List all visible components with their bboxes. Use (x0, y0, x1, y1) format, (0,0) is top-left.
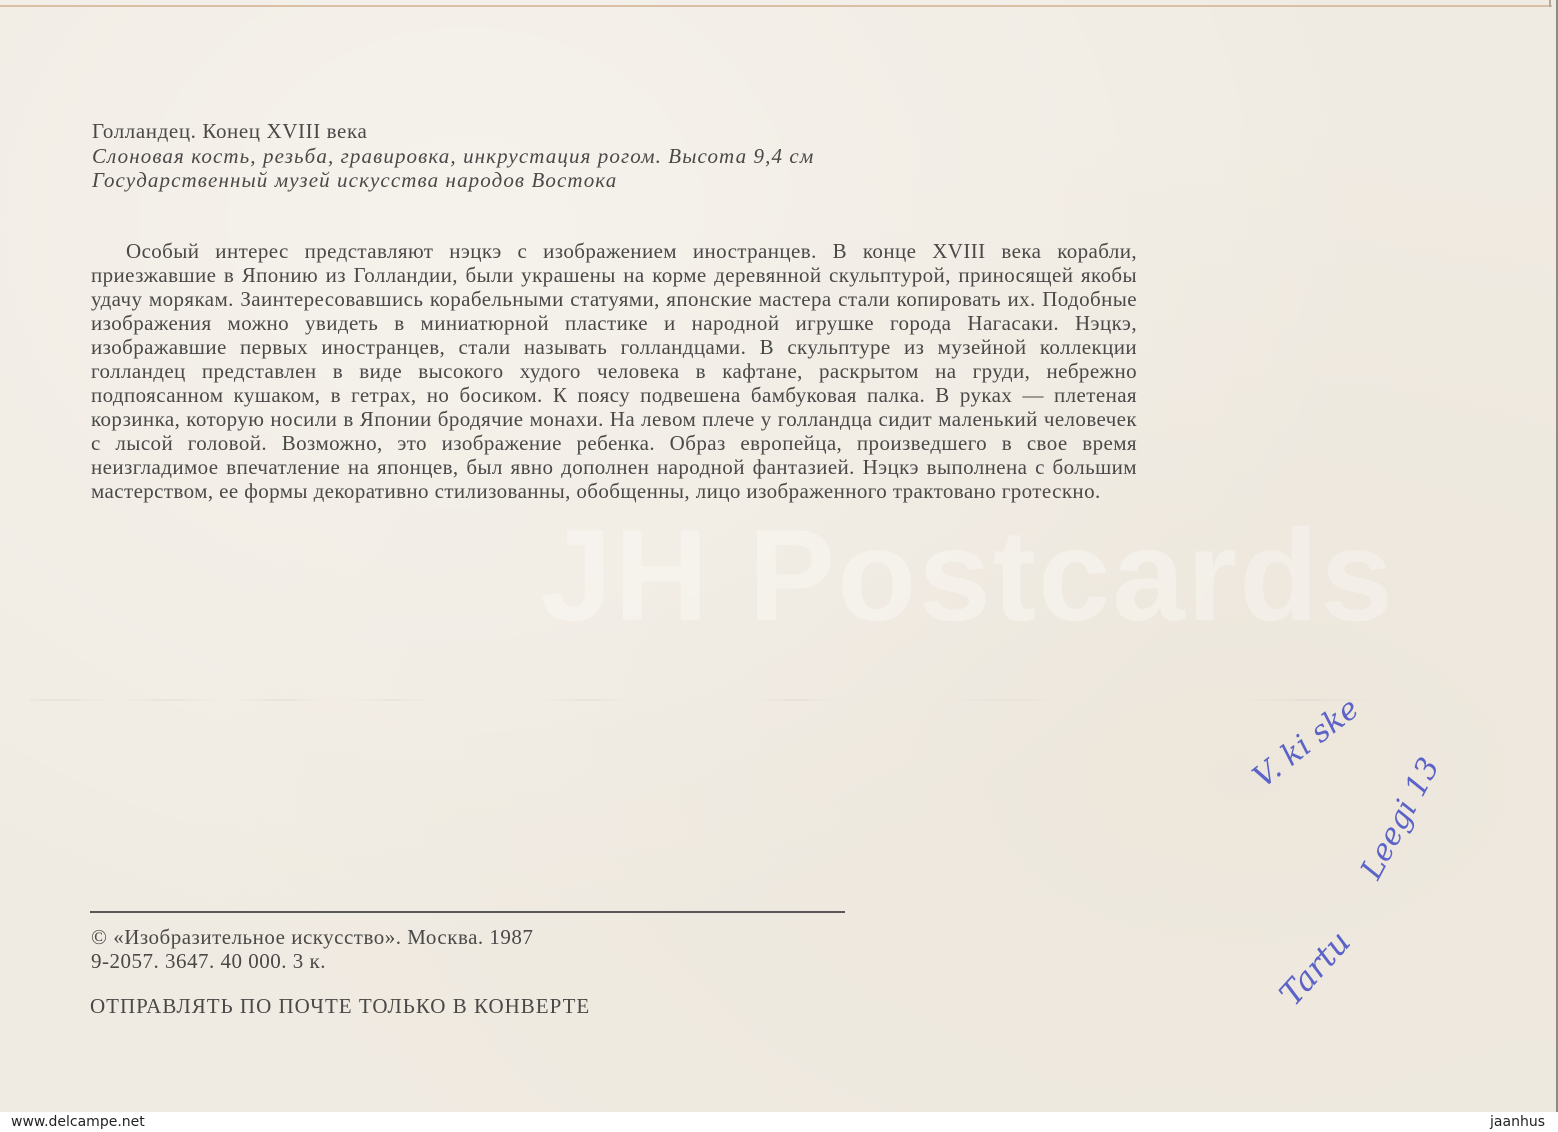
card-top-edge (0, 5, 1552, 7)
mailing-instruction: ОТПРАВЛЯТЬ ПО ПОЧТЕ ТОЛЬКО В КОНВЕРТЕ (90, 994, 590, 1018)
publisher-imprint: © «Изобразительное искусство». Москва. 1… (91, 925, 533, 973)
watermark: JH Postcards (540, 500, 1395, 650)
handwritten-name: V. ki ske (1246, 691, 1365, 795)
card-top-corner (1549, 0, 1551, 7)
copyright-line: © «Изобразительное искусство». Москва. 1… (91, 925, 533, 949)
artwork-title: Голландец. Конец XVIII века (92, 119, 1152, 144)
seller-credit: jaanhus (1490, 1112, 1545, 1132)
ink-bleed-through (30, 680, 1420, 720)
site-credit: www.delcampe.net (11, 1112, 145, 1132)
artwork-museum: Государственный музей искусства народов … (92, 168, 1152, 193)
description-paragraph: Особый интерес представляют нэцкэ с изоб… (91, 239, 1137, 503)
handwritten-city: Tartu (1272, 923, 1358, 1013)
handwritten-address: Leegi 13 (1354, 752, 1447, 885)
postcard-back: Голландец. Конец XVIII века Слоновая кос… (0, 0, 1558, 1112)
image-credit-strip: www.delcampe.net jaanhus (0, 1112, 1558, 1132)
print-codes: 9-2057. 3647. 40 000. 3 к. (91, 949, 533, 973)
imprint-divider (90, 911, 845, 913)
artwork-materials: Слоновая кость, резьба, гравировка, инкр… (92, 144, 1152, 169)
artwork-caption: Голландец. Конец XVIII века Слоновая кос… (92, 119, 1152, 193)
